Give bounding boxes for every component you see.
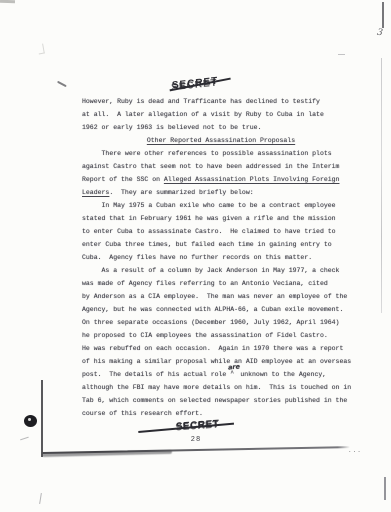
paragraph-veciana: As a result of a column by Jack Anderson… bbox=[82, 264, 360, 420]
hole-punch-highlight bbox=[28, 418, 31, 421]
document-body: However, Ruby is dead and Trafficante ha… bbox=[82, 95, 360, 420]
scan-corner-mark bbox=[0, 0, 15, 3]
classification-stamp-bottom: SECRET bbox=[176, 418, 220, 432]
scan-stray-mark bbox=[20, 437, 29, 441]
scan-tick-mark bbox=[338, 54, 345, 55]
scan-mark-bottom-left bbox=[39, 493, 42, 504]
section-heading: Other Reported Assassination Proposals bbox=[82, 134, 360, 147]
paragraph-veciana-pre: As a result of a column by Jack Anderson… bbox=[82, 267, 351, 378]
scanned-document-page: 3 ... SECRET However, Ruby is dead and T… bbox=[0, 0, 391, 512]
smudge-trailing-dots: ... bbox=[348, 447, 362, 454]
margin-annotation: 3 bbox=[376, 28, 383, 39]
insertion-caret-mark: ^ bbox=[230, 367, 234, 380]
page-edge-mark-bottom-right bbox=[384, 477, 386, 500]
page-edge-line-right bbox=[381, 58, 382, 313]
pen-dash-mark bbox=[57, 81, 67, 87]
page-edge-line-left bbox=[41, 380, 43, 457]
paragraph-other-references: There were other references to possible … bbox=[82, 147, 360, 199]
classification-stamp-top: SECRET bbox=[172, 76, 219, 92]
paragraph-cuban-exile: In May 1975 a Cuban exile who came to be… bbox=[82, 199, 360, 264]
handwritten-insertion: are^ bbox=[226, 368, 240, 376]
paragraph-other-references-post: . They are summarized briefly below: bbox=[109, 189, 253, 196]
page-number: 28 bbox=[186, 436, 206, 444]
scan-smudge-mark bbox=[37, 44, 45, 55]
page-edge-line-top bbox=[382, 2, 384, 28]
hole-punch-mark bbox=[24, 415, 37, 427]
paragraph-ruby-trafficante: However, Ruby is dead and Trafficante ha… bbox=[82, 95, 360, 134]
